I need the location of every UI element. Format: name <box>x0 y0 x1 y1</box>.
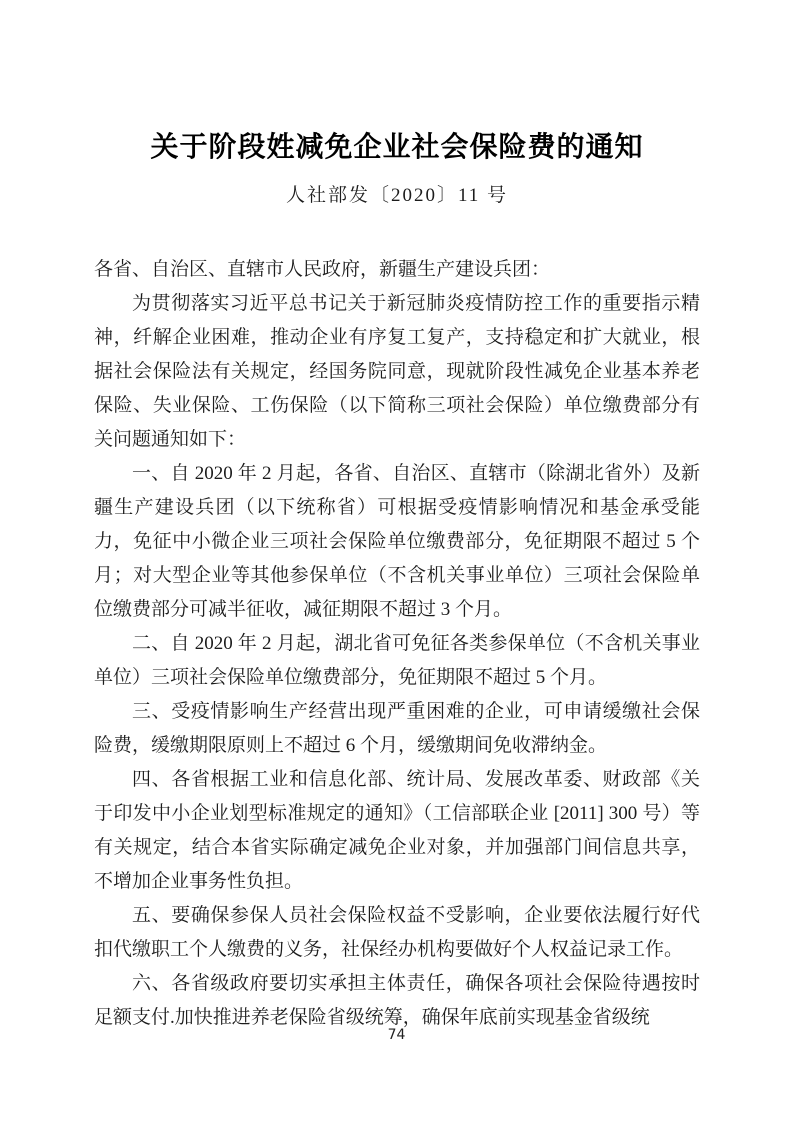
page-number: 74 <box>0 1026 793 1044</box>
document-content: 关于阶段姓减免企业社会保险费的通知 人社部发〔2020〕11 号 各省、自治区、… <box>94 112 700 1035</box>
document-title: 关于阶段姓减免企业社会保险费的通知 <box>94 131 700 165</box>
document-body: 各省、自治区、直辖市人民政府，新疆生产建设兵团： 为贯彻落实习近平总书记关于新冠… <box>94 253 700 1035</box>
paragraph-item-1: 一、自 2020 年 2 月起，各省、自治区、直辖市（除湖北省外）及新疆生产建设… <box>94 457 700 627</box>
paragraph-item-6: 六、各省级政府要切实承担主体责任，确保各项社会保险待遇按时足额支付.加快推进养老… <box>94 967 700 1035</box>
document-page: 关于阶段姓减免企业社会保险费的通知 人社部发〔2020〕11 号 各省、自治区、… <box>0 0 793 1121</box>
salutation: 各省、自治区、直辖市人民政府，新疆生产建设兵团： <box>94 253 700 287</box>
paragraph-item-4: 四、各省根据工业和信息化部、统计局、发展改革委、财政部《关于印发中小企业划型标准… <box>94 763 700 899</box>
paragraph-item-3: 三、受疫情影响生产经营出现严重困难的企业，可申请缓缴社会保险费，缓缴期限原则上不… <box>94 695 700 763</box>
document-number: 人社部发〔2020〕11 号 <box>94 184 700 208</box>
paragraph-intro: 为贯彻落实习近平总书记关于新冠肺炎疫情防控工作的重要指示精神，纤解企业困难，推动… <box>94 287 700 457</box>
paragraph-item-5: 五、要确保参保人员社会保险权益不受影响，企业要依法履行好代扣代缴职工个人缴费的义… <box>94 899 700 967</box>
paragraph-item-2: 二、自 2020 年 2 月起，湖北省可免征各类参保单位（不含机关事业单位）三项… <box>94 627 700 695</box>
